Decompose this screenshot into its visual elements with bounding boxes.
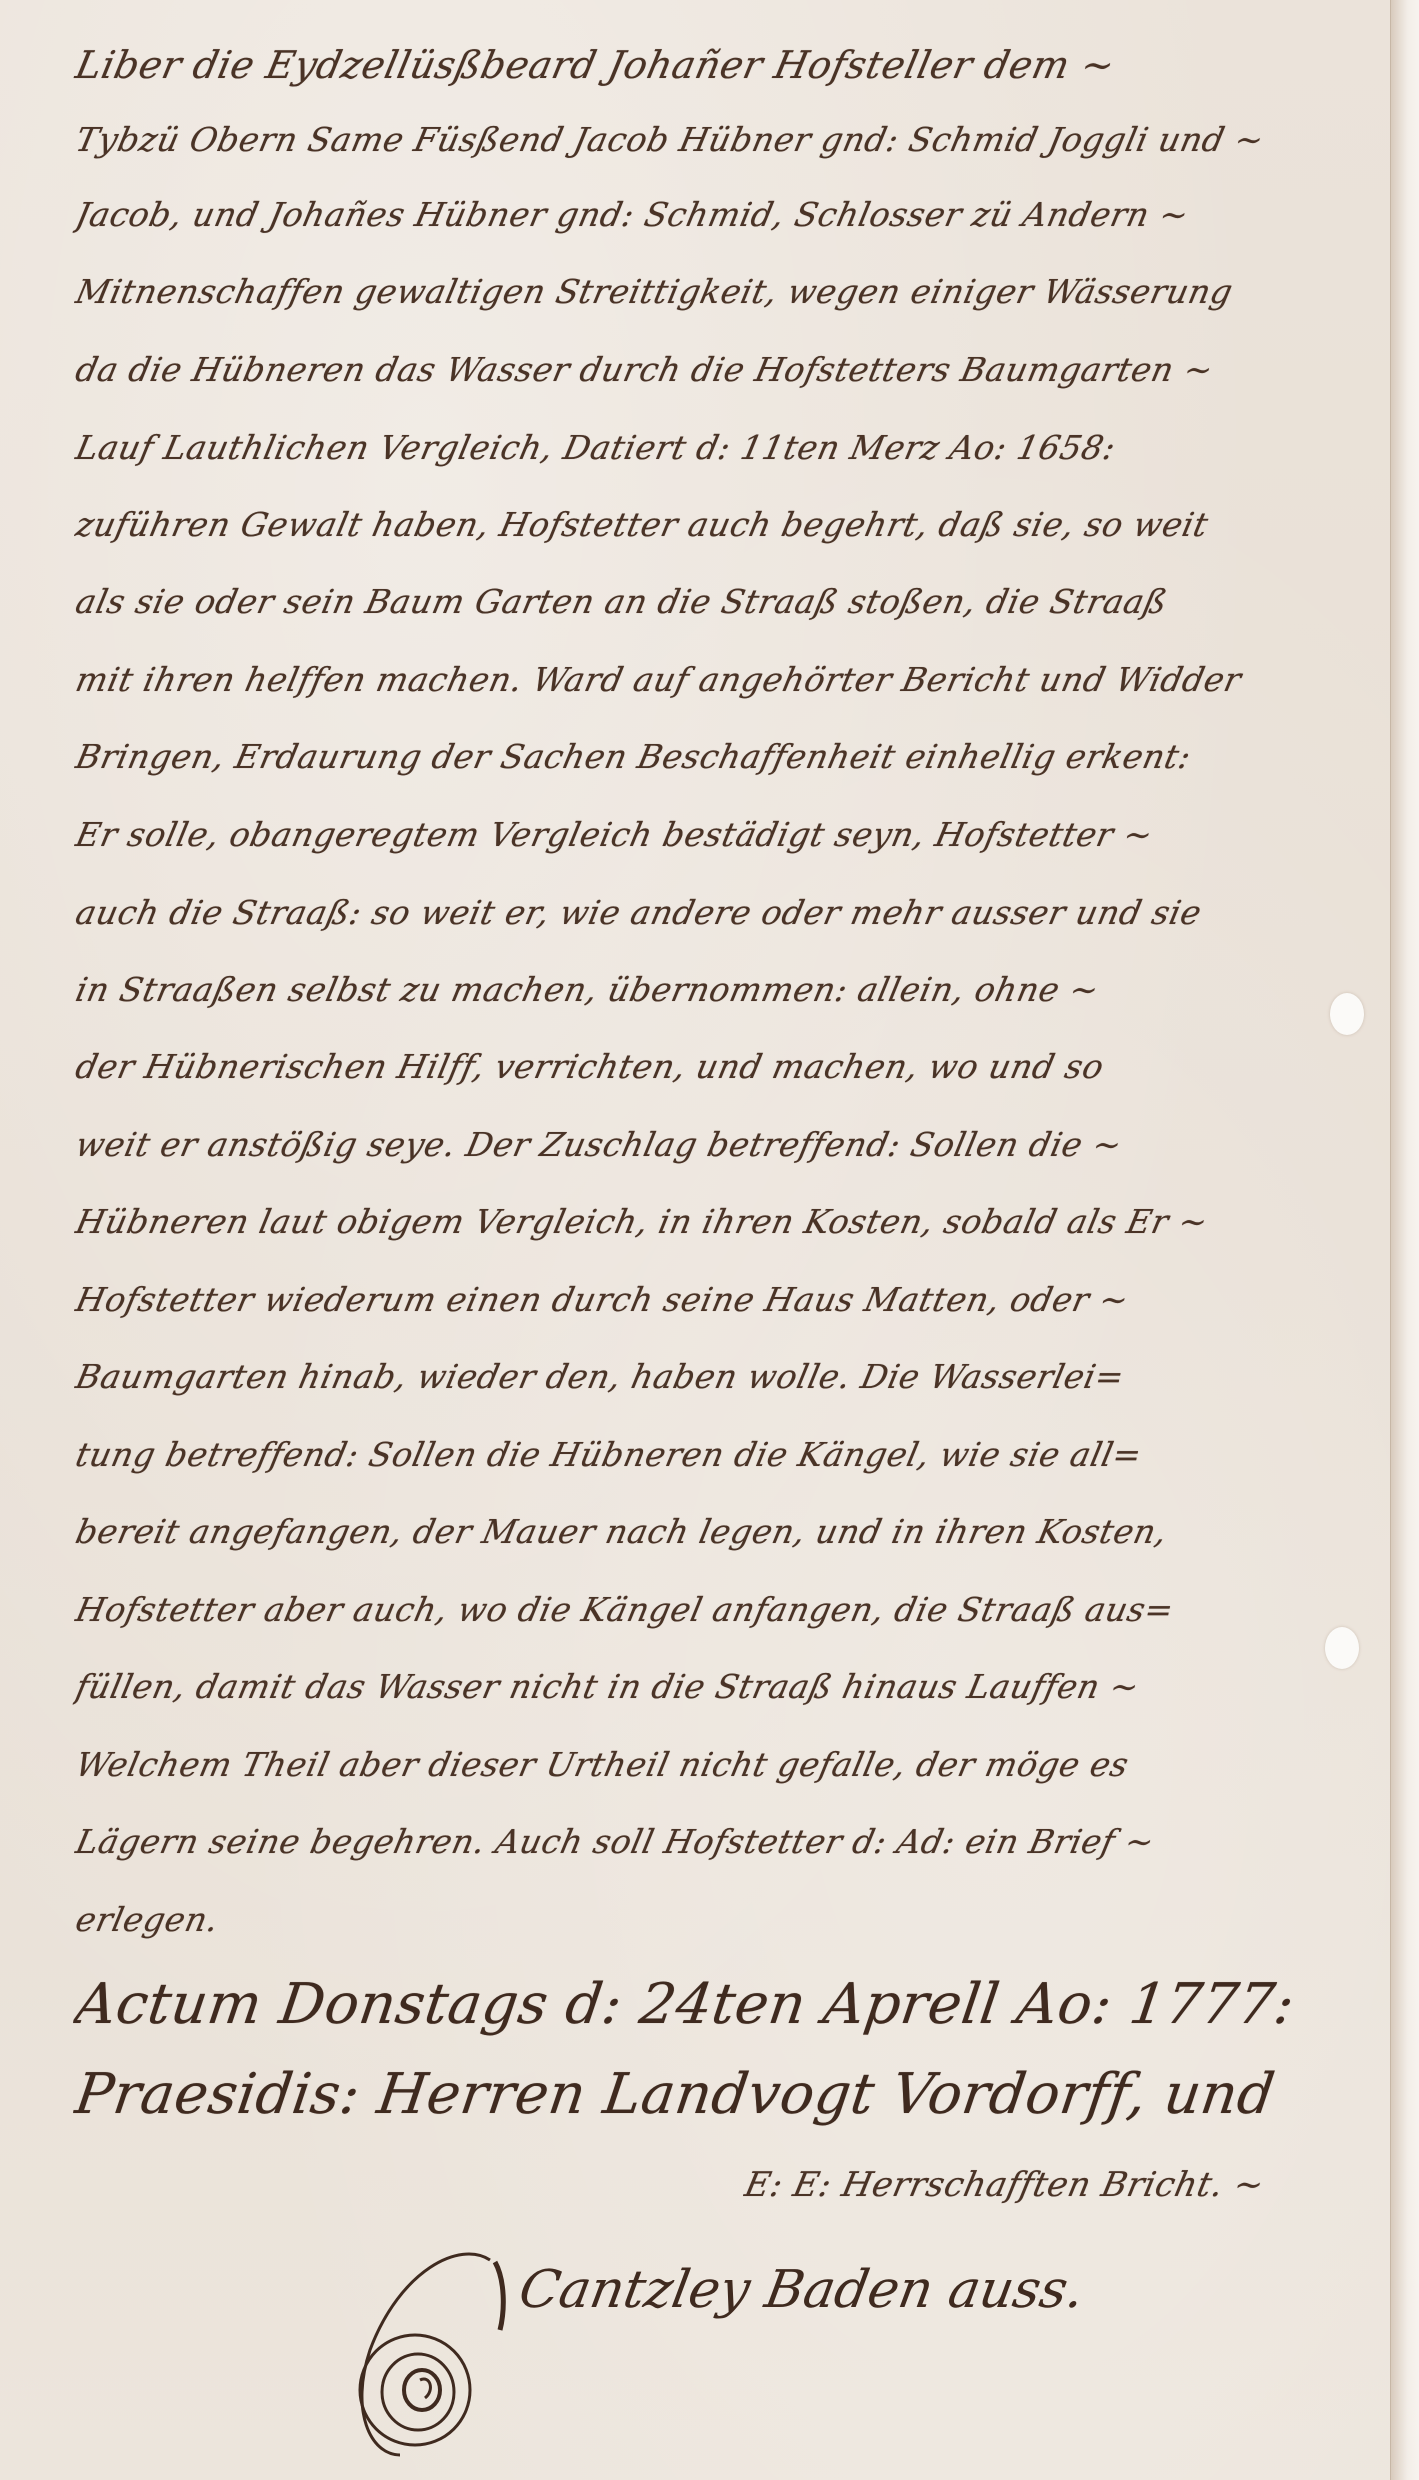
body-line-10: Bringen, Erdaurung der Sachen Beschaffen…: [70, 727, 1372, 787]
body-line-8: als sie oder sein Baum Garten an die Str…: [70, 572, 1372, 632]
signature-text: Cantzley Baden auss.: [515, 2260, 1089, 2320]
court-line: E: E: Herrschafften Bricht. ~: [740, 2160, 1370, 2210]
body-line-20: bereit angefangen, der Mauer nach legen,…: [70, 1502, 1372, 1562]
body-line-15: weit er anstößig seye. Der Zuschlag betr…: [70, 1115, 1372, 1175]
body-line-22: füllen, damit das Wasser nicht in die St…: [70, 1657, 1372, 1717]
chancery-signature: Cantzley Baden auss.: [340, 2240, 1100, 2460]
body-line-6: Lauf Lauthlichen Vergleich, Datiert d: 1…: [70, 418, 1372, 478]
body-line-23: Welchem Theil aber dieser Urtheil nicht …: [70, 1735, 1372, 1795]
body-line-14: der Hübnerischen Hilff, verrichten, und …: [70, 1037, 1372, 1097]
body-line-18: Baumgarten hinab, wieder den, haben woll…: [70, 1347, 1372, 1407]
body-line-24: Lägern seine begehren. Auch soll Hofstet…: [70, 1812, 1372, 1872]
signature-flourish-icon: [340, 2240, 540, 2460]
body-line-2: Tybzü Obern Same Füsßend Jacob Hübner gn…: [70, 110, 1372, 170]
body-line-19: tung betreffend: Sollen die Hübneren die…: [70, 1425, 1372, 1485]
body-line-3: Jacob, und Johañes Hübner gnd: Schmid, S…: [70, 185, 1372, 245]
actum-date-line: Actum Donstags d: 24ten Aprell Ao: 1777:: [70, 1965, 1370, 2045]
body-line-17: Hofstetter wiederum einen durch seine Ha…: [70, 1270, 1372, 1330]
presided-line: Praesidis: Herren Landvogt Vordorff, und: [70, 2055, 1370, 2135]
body-line-4: Mitnenschaffen gewaltigen Streittigkeit,…: [70, 262, 1372, 322]
page-edge: [1390, 0, 1419, 2480]
body-line-21: Hofstetter aber auch, wo die Kängel anfa…: [70, 1580, 1372, 1640]
body-line-1: Liber die Eydzellüsßbeard Johañer Hofste…: [70, 35, 1372, 95]
body-line-16: Hübneren laut obigem Vergleich, in ihren…: [70, 1192, 1372, 1252]
body-line-9: mit ihren helffen machen. Ward auf angeh…: [70, 650, 1372, 710]
body-line-13: in Straaßen selbst zu machen, übernommen…: [70, 960, 1372, 1020]
body-line-7: zuführen Gewalt haben, Hofstetter auch b…: [70, 495, 1372, 555]
body-line-25: erlegen.: [70, 1890, 1372, 1950]
body-line-12: auch die Straaß: so weit er, wie andere …: [70, 883, 1372, 943]
body-line-5: da die Hübneren das Wasser durch die Hof…: [70, 340, 1372, 400]
manuscript-page: Liber die Eydzellüsßbeard Johañer Hofste…: [0, 0, 1419, 2480]
body-line-11: Er solle, obangeregtem Vergleich bestädi…: [70, 805, 1372, 865]
